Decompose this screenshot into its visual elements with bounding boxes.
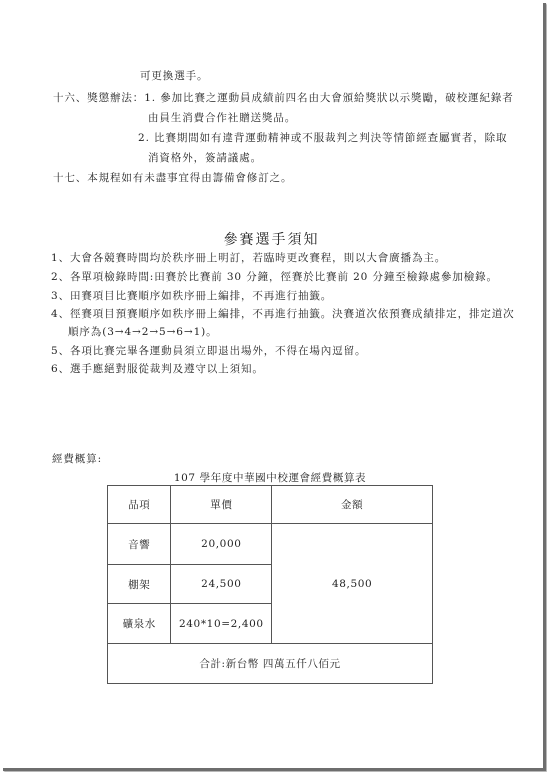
notice-item-3: 3、田賽項目比賽順序如秩序冊上編排，不再進行抽籤。 [51,289,332,303]
budget-table: 品項 單價 金額 音響 20,000 48,500 棚架 24,500 礦泉水 … [107,485,433,684]
rule-16-line-1: 十六、獎懲辦法：1. 參加比賽之運動員成績前四名由大會頒給獎狀以示獎勵，破校運紀… [53,91,514,105]
header-item: 品項 [108,486,171,524]
table-row: 音響 20,000 48,500 [108,524,433,565]
cell-total: 合計:新台幣 四萬五仟八佰元 [108,644,433,684]
cell-item: 棚架 [108,565,171,604]
notice-item-6: 6、選手應絕對服從裁判及遵守以上須知。 [51,362,264,376]
cell-amount: 48,500 [272,524,433,644]
rule-16-line-2: 由員生消費合作社贈送獎品。 [148,111,296,125]
rule-17: 十七、本規程如有未盡事宜得由籌備會修訂之。 [53,171,292,185]
budget-label: 經費概算: [52,452,102,466]
table-total-row: 合計:新台幣 四萬五仟八佰元 [108,644,433,684]
notice-item-1: 1、大會各競賽時間均於秩序冊上明訂，若臨時更改賽程，則以大會廣播為主。 [51,251,446,265]
cell-item: 礦泉水 [108,604,171,644]
header-unit-price: 單價 [171,486,272,524]
rule-line-continuation: 可更換選手。 [140,69,208,83]
rule-16-line-4: 消資格外，簽請議處。 [148,151,262,165]
notice-title: 參賽選手須知 [0,231,543,249]
header-amount: 金額 [272,486,433,524]
notice-item-5: 5、各項比賽完畢各運動員須立即退出場外，不得在場內逗留。 [51,344,366,358]
cell-unit-price: 240*10=2,400 [171,604,272,644]
rule-16-line-3: 2. 比賽期間如有違背運動精神或不服裁判之判決等情節經查屬實者，除取 [138,131,507,145]
cell-unit-price: 20,000 [171,524,272,565]
notice-item-4: 4、徑賽項目預賽順序如秩序冊上編排，不再進行抽籤。決賽道次依預賽成績排定，排定道… [51,307,515,321]
notice-item-4-continuation: 順序為(3→4→2→5→6→1)。 [68,325,218,339]
document-page: 可更換選手。 十六、獎懲辦法：1. 參加比賽之運動員成績前四名由大會頒給獎狀以示… [0,0,543,768]
notice-item-2: 2、各單項檢錄時間:田賽於比賽前 30 分鐘，徑賽於比賽前 20 分鐘至檢錄處參… [51,270,498,284]
budget-table-caption: 107 學年度中華國中校運會經費概算表 [107,471,433,485]
cell-unit-price: 24,500 [171,565,272,604]
cell-item: 音響 [108,524,171,565]
table-header-row: 品項 單價 金額 [108,486,433,524]
